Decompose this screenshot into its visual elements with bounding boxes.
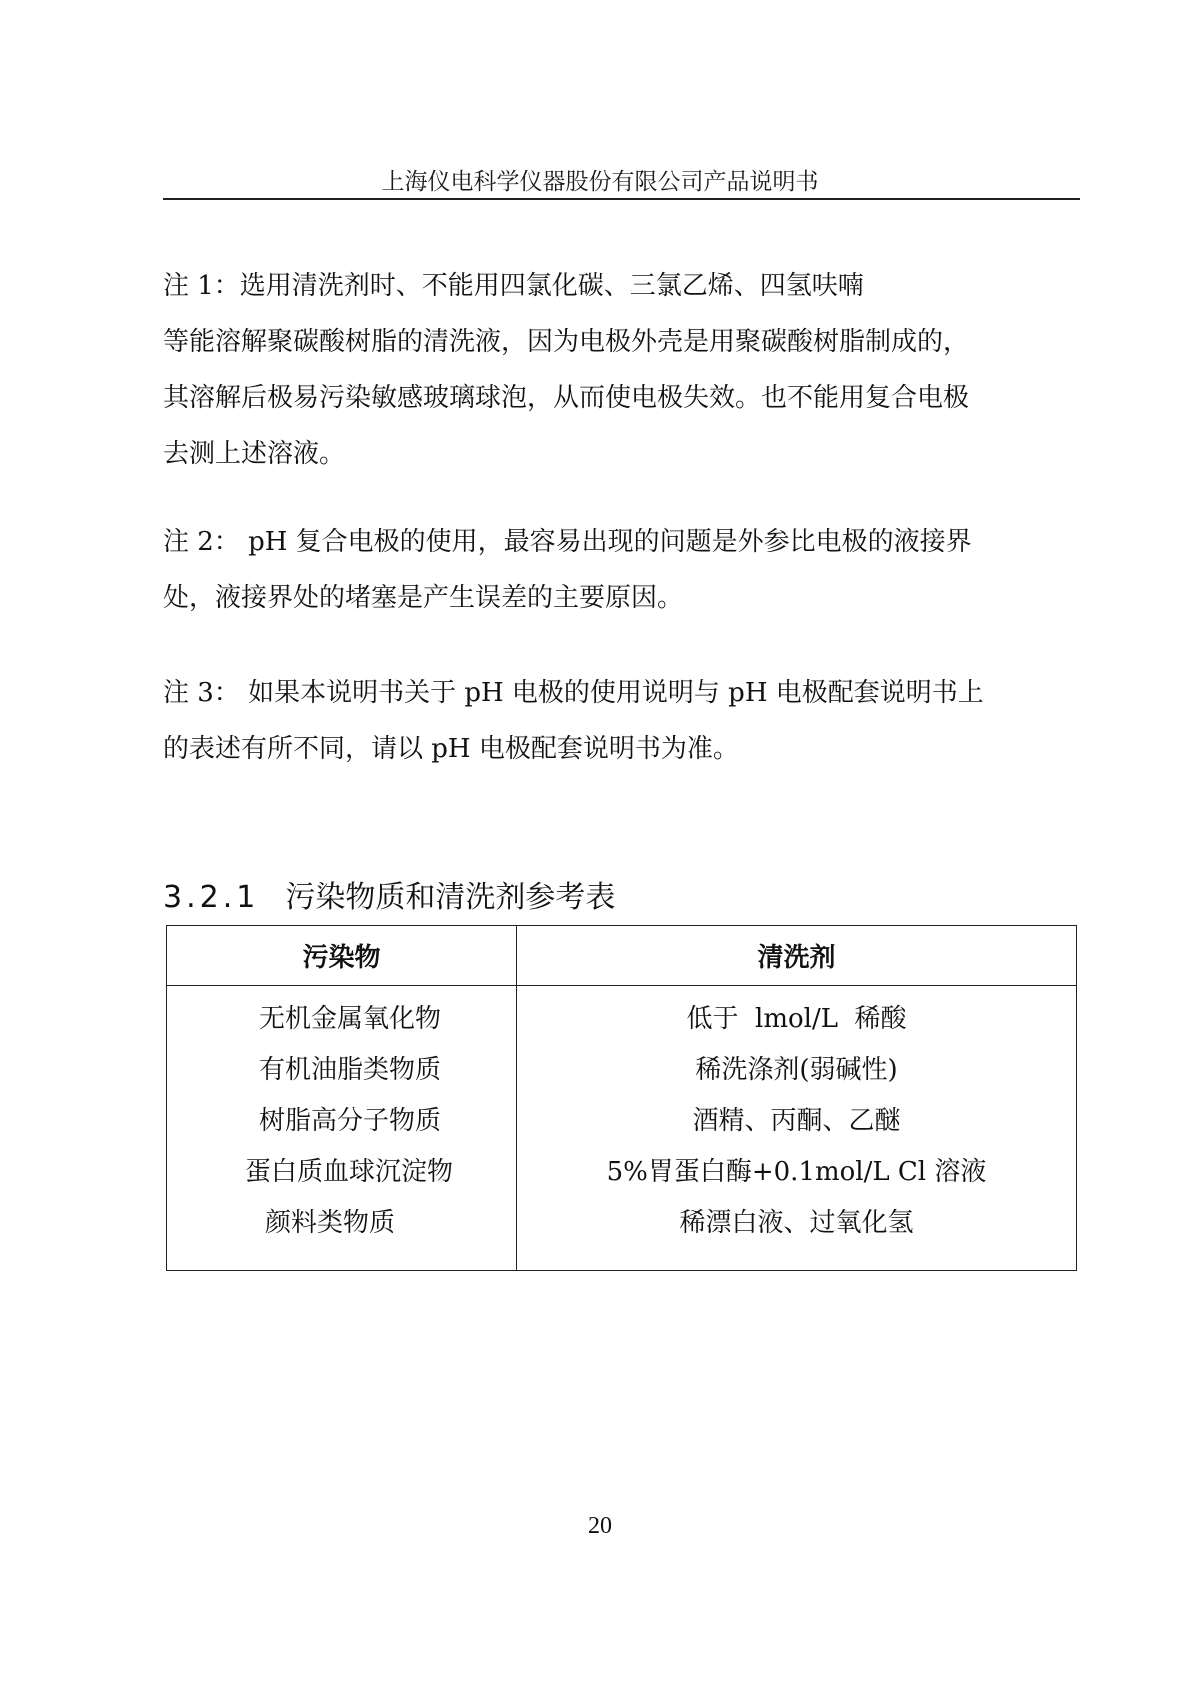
contaminant-column: 无机金属氧化物 有机油脂类物质 树脂高分子物质 蛋白质血球沉淀物 颜料类物质 (167, 986, 517, 1271)
table-cell-cleaner: 稀洗涤剂(弱碱性) (517, 1045, 1076, 1096)
page-number: 20 (0, 1513, 1200, 1540)
table-cell-contaminant: 树脂高分子物质 (167, 1096, 516, 1147)
column-header-cleaner: 清洗剂 (517, 926, 1077, 986)
note-line: 处，液接界处的堵塞是产生误差的主要原因。 (163, 570, 1083, 626)
note-2: 注 2： pH 复合电极的使用，最容易出现的问题是外参比电极的液接界 处，液接界… (163, 514, 1083, 626)
note-line: 去测上述溶液。 (163, 426, 1083, 482)
table-cell-cleaner: 酒精、丙酮、乙醚 (517, 1096, 1076, 1147)
contaminant-cleaner-table: 污染物 清洗剂 无机金属氧化物 有机油脂类物质 树脂高分子物质 蛋白质血球沉淀物… (166, 925, 1077, 1271)
note-1: 注 1：选用清洗剂时、不能用四氯化碳、三氯乙烯、四氢呋喃 等能溶解聚碳酸树脂的清… (163, 258, 1083, 482)
column-header-contaminant: 污染物 (167, 926, 517, 986)
table-body-row: 无机金属氧化物 有机油脂类物质 树脂高分子物质 蛋白质血球沉淀物 颜料类物质 低… (167, 986, 1077, 1271)
table-cell-cleaner: 稀漂白液、过氧化氢 (517, 1198, 1076, 1249)
table-cell-contaminant: 有机油脂类物质 (167, 1045, 516, 1096)
table-cell-contaminant: 颜料类物质 (167, 1198, 516, 1249)
table-cell-cleaner: 低于 lmol/L 稀酸 (517, 994, 1076, 1045)
note-line: 的表述有所不同，请以 pH 电极配套说明书为准。 (163, 721, 1083, 777)
note-line: 其溶解后极易污染敏感玻璃球泡，从而使电极失效。也不能用复合电极 (163, 370, 1083, 426)
note-3: 注 3： 如果本说明书关于 pH 电极的使用说明与 pH 电极配套说明书上 的表… (163, 665, 1083, 777)
note-line: 注 3： 如果本说明书关于 pH 电极的使用说明与 pH 电极配套说明书上 (163, 665, 1083, 721)
note-line: 注 1：选用清洗剂时、不能用四氯化碳、三氯乙烯、四氢呋喃 (163, 258, 1083, 314)
section-heading: 3.2.1污染物质和清洗剂参考表 (163, 872, 615, 916)
cleaner-column: 低于 lmol/L 稀酸 稀洗涤剂(弱碱性) 酒精、丙酮、乙醚 5%胃蛋白酶+0… (517, 986, 1077, 1271)
section-title: 污染物质和清洗剂参考表 (285, 880, 615, 915)
document-header-title: 上海仪电科学仪器股份有限公司产品说明书 (0, 163, 1200, 196)
header-divider (163, 198, 1080, 200)
table-cell-cleaner: 5%胃蛋白酶+0.1mol/L Cl 溶液 (517, 1147, 1076, 1198)
table-header-row: 污染物 清洗剂 (167, 926, 1077, 986)
note-line: 注 2： pH 复合电极的使用，最容易出现的问题是外参比电极的液接界 (163, 514, 1083, 570)
table-cell-contaminant: 无机金属氧化物 (167, 994, 516, 1045)
section-number: 3.2.1 (163, 880, 259, 915)
table-cell-contaminant: 蛋白质血球沉淀物 (167, 1147, 516, 1198)
note-line: 等能溶解聚碳酸树脂的清洗液，因为电极外壳是用聚碳酸树脂制成的， (163, 314, 1083, 370)
